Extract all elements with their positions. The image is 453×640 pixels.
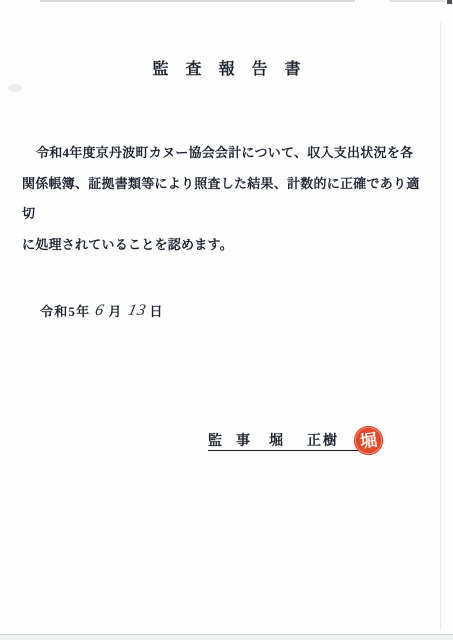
date-day-label: 日 xyxy=(150,304,164,319)
signature-role: 監 事 xyxy=(208,430,250,450)
signature-last-name: 堀 xyxy=(269,430,283,450)
body-line: 令和4年度京丹波町カヌー協会会計について、収入支出状況を各 xyxy=(22,138,432,169)
document-title: 監査報告書 xyxy=(0,56,453,79)
date-month-label: 月 xyxy=(108,304,122,319)
date-era-year: 令和5年 xyxy=(40,304,90,319)
scan-edge-artifact-bottom xyxy=(0,634,453,640)
hanko-seal-stamp: 堀 xyxy=(353,425,384,456)
seal-character: 堀 xyxy=(359,430,378,451)
scan-smudge xyxy=(8,84,22,92)
body-paragraph: 令和4年度京丹波町カヌー協会会計について、収入支出状況を各 関係帳簿、証拠書類等… xyxy=(22,138,432,260)
signature-first-name: 正樹 xyxy=(307,430,339,450)
scan-edge-artifact-top-right xyxy=(390,0,445,2)
date-day-handwritten: 13 xyxy=(126,302,148,320)
scan-corner-speck xyxy=(447,0,452,4)
scan-edge-artifact-top xyxy=(40,0,355,2)
body-line: に処理されていることを認めます。 xyxy=(22,230,432,261)
scan-edge-artifact-right xyxy=(440,22,441,630)
body-line: 関係帳簿、証拠書類等により照査した結果、計数的に正確であり適切 xyxy=(22,169,432,230)
signature-line: 監 事 堀 正樹 xyxy=(208,431,374,451)
date-month-handwritten: 6 xyxy=(94,302,107,320)
date-line: 令和5年6月13日 xyxy=(40,301,164,321)
scanned-audit-report-page: 監査報告書 令和4年度京丹波町カヌー協会会計について、収入支出状況を各 関係帳簿… xyxy=(0,0,453,640)
